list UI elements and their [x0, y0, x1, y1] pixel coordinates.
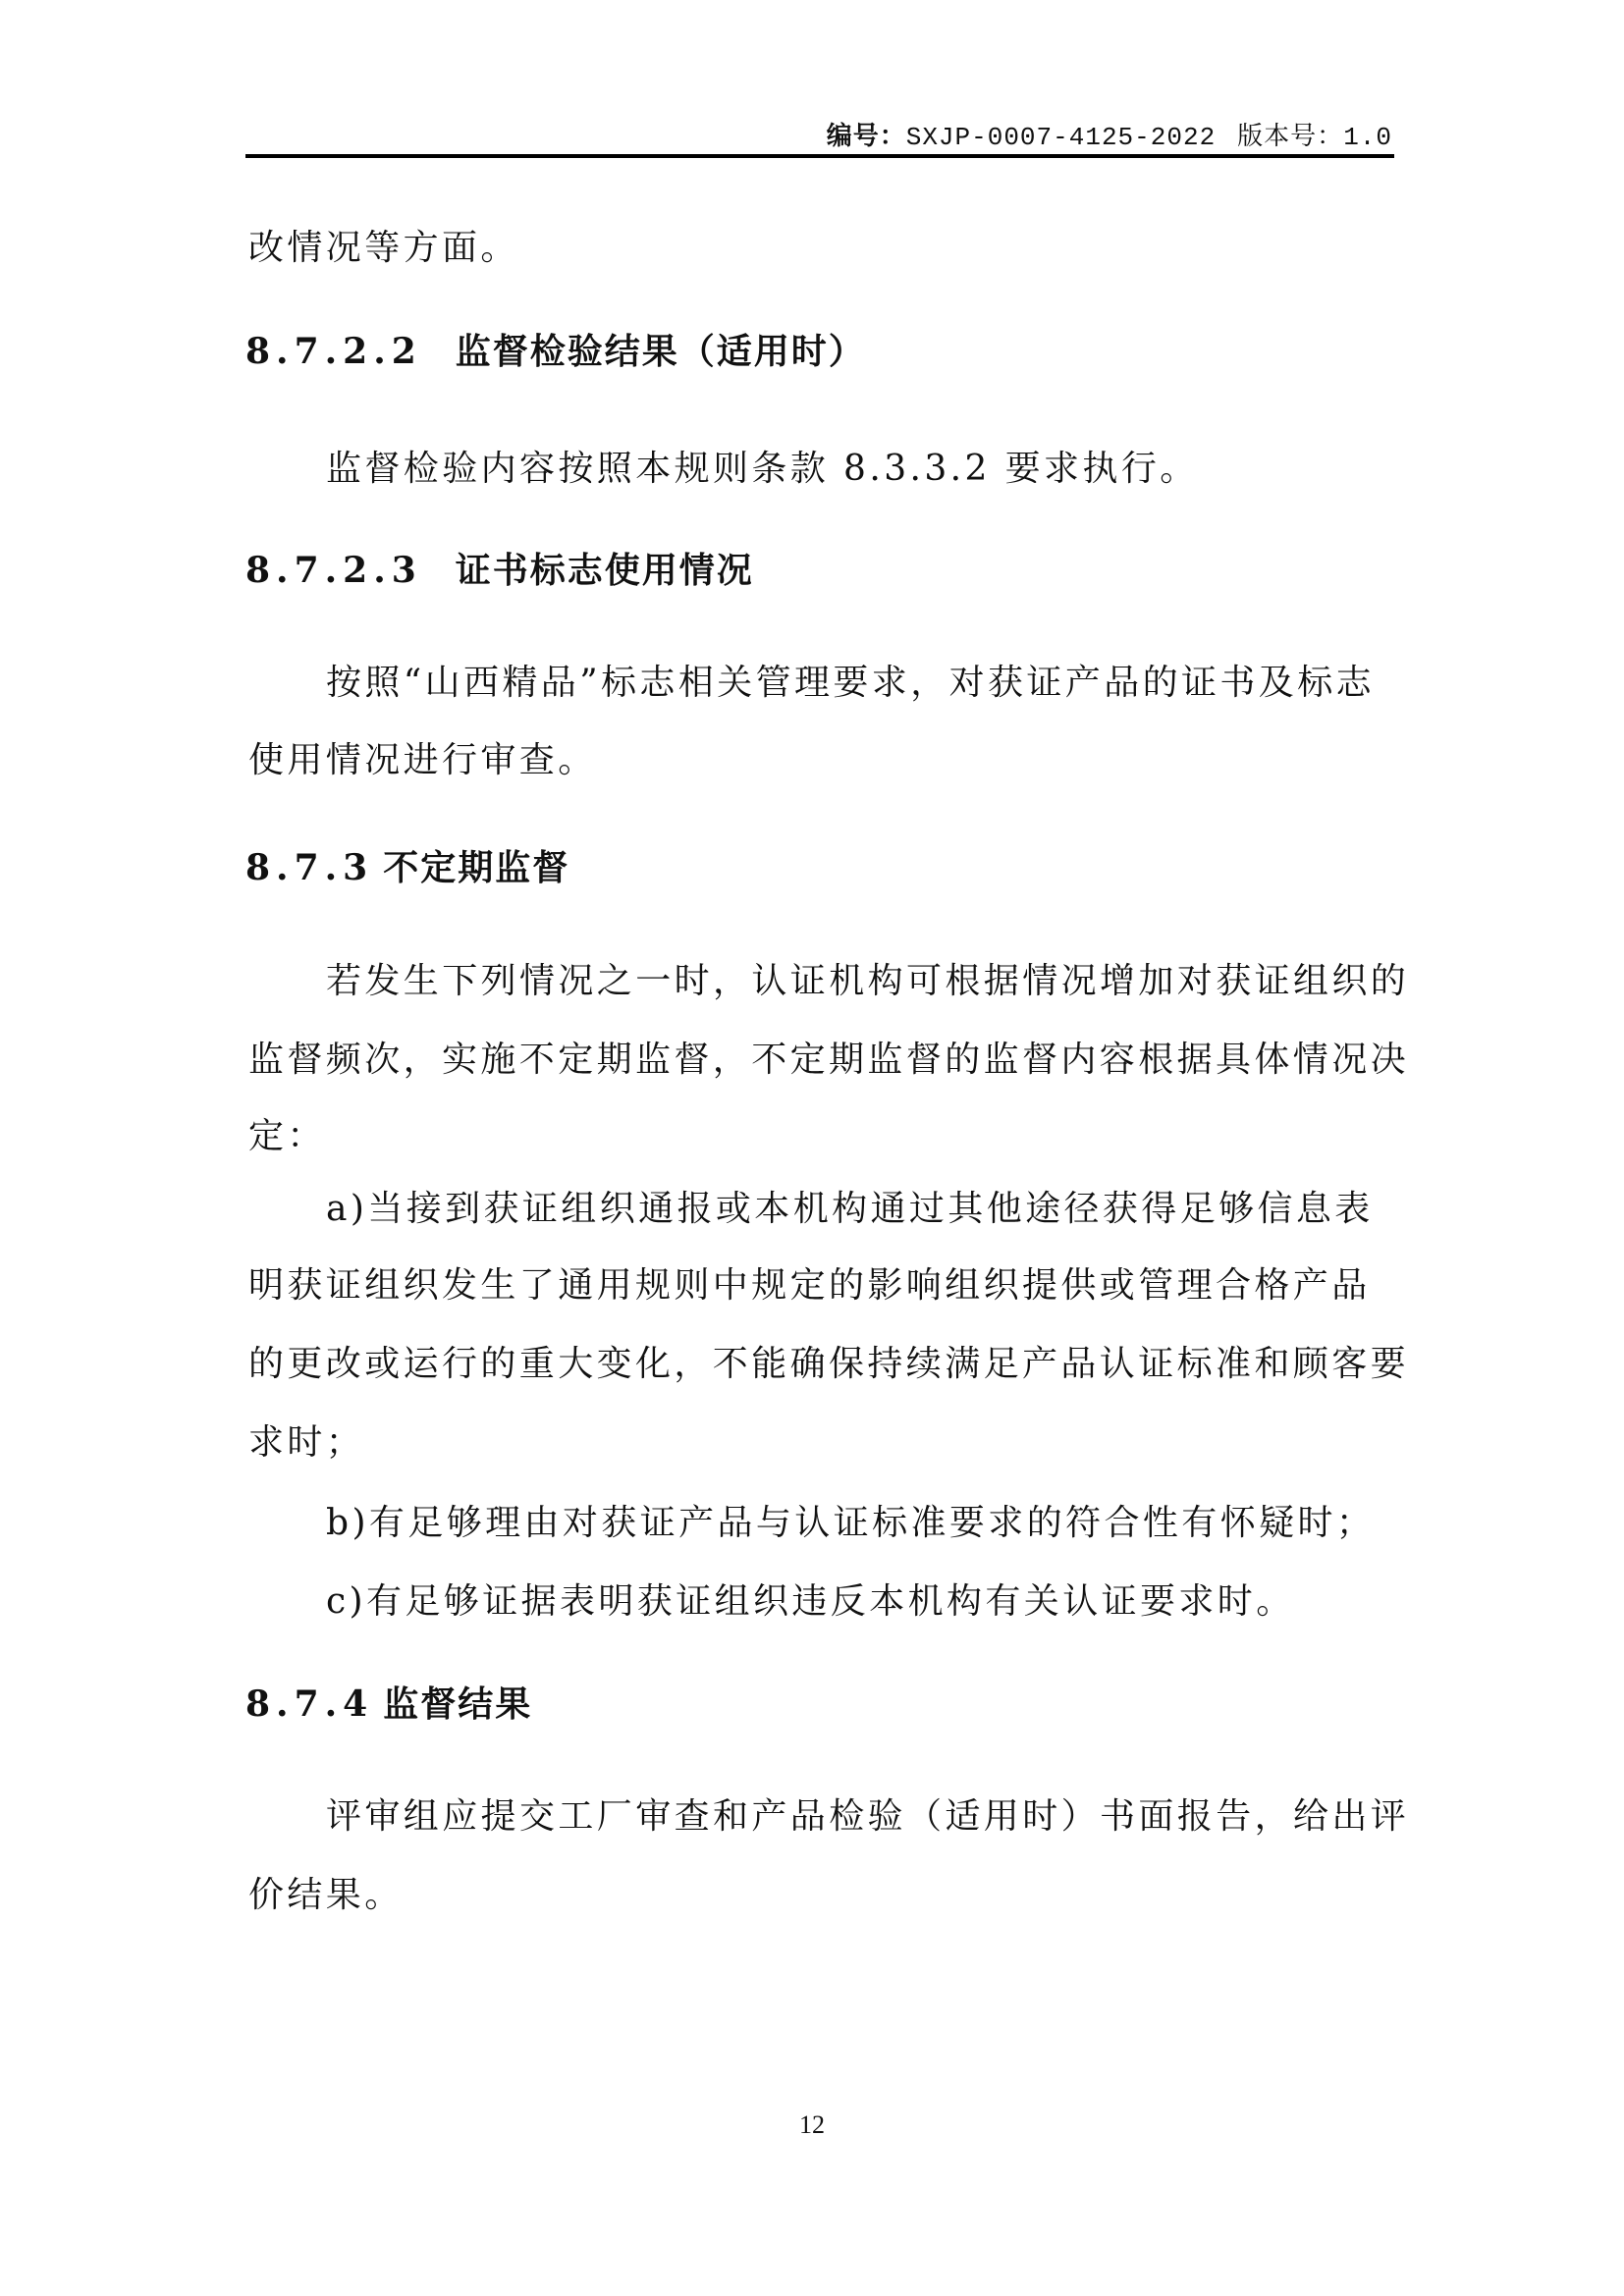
paragraph-line: 价结果。	[248, 1874, 1387, 1917]
section-number: 8.7.2.3	[245, 550, 422, 591]
document-code-label: 编号：	[827, 122, 906, 151]
section-title: 监督结果	[383, 1684, 532, 1725]
paragraph-line: 明获证组织发生了通用规则中规定的影响组织提供或管理合格产品	[248, 1264, 1387, 1308]
list-item-c: c)有足够证据表明获证组织违反本机构有关认证要求时。	[326, 1580, 1465, 1624]
section-title: 不定期监督	[383, 848, 569, 888]
continuation-text: 改情况等方面。	[248, 227, 1387, 270]
paragraph-line: 定：	[248, 1115, 1387, 1158]
section-number: 8.7.2.2	[245, 331, 422, 372]
paragraph-line: 评审组应提交工厂审查和产品检验（适用时）书面报告，给出评	[326, 1795, 1465, 1839]
section-heading-8-7-2-2: 8.7.2.2监督检验结果（适用时）	[245, 330, 866, 373]
page-number: 12	[0, 2110, 1624, 2140]
section-title: 监督检验结果（适用时）	[456, 332, 866, 372]
section-number: 8.7.3	[245, 847, 373, 888]
paragraph-line: 求时；	[248, 1421, 1387, 1465]
paragraph-line: 若发生下列情况之一时，认证机构可根据情况增加对获证组织的	[326, 960, 1465, 1003]
list-item-a: a)当接到获证组织通报或本机构通过其他途径获得足够信息表	[326, 1188, 1465, 1231]
paragraph-line: 使用情况进行审查。	[248, 739, 1387, 782]
section-title: 证书标志使用情况	[456, 551, 754, 591]
section-heading-8-7-3: 8.7.3不定期监督	[245, 846, 569, 889]
paragraph-line: 按照“山西精品”标志相关管理要求，对获证产品的证书及标志	[326, 662, 1465, 705]
section-number: 8.7.4	[245, 1683, 373, 1725]
version-label: 版本号：	[1237, 122, 1343, 151]
paragraph-line: 监督频次，实施不定期监督，不定期监督的监督内容根据具体情况决	[248, 1039, 1387, 1082]
list-item-b: b)有足够理由对获证产品与认证标准要求的符合性有怀疑时；	[326, 1502, 1465, 1545]
document-code-value: SXJP-0007-4125-2022	[906, 123, 1216, 152]
header-rule	[245, 154, 1394, 158]
paragraph-line: 的更改或运行的重大变化，不能确保持续满足产品认证标准和顾客要	[248, 1343, 1387, 1386]
section-heading-8-7-2-3: 8.7.2.3证书标志使用情况	[245, 549, 754, 592]
page-header: 编号：SXJP-0007-4125-2022版本号：1.0	[827, 120, 1392, 154]
paragraph-line: 监督检验内容按照本规则条款 8.3.3.2 要求执行。	[326, 448, 1465, 491]
version-value: 1.0	[1343, 123, 1392, 152]
section-heading-8-7-4: 8.7.4监督结果	[245, 1682, 532, 1726]
